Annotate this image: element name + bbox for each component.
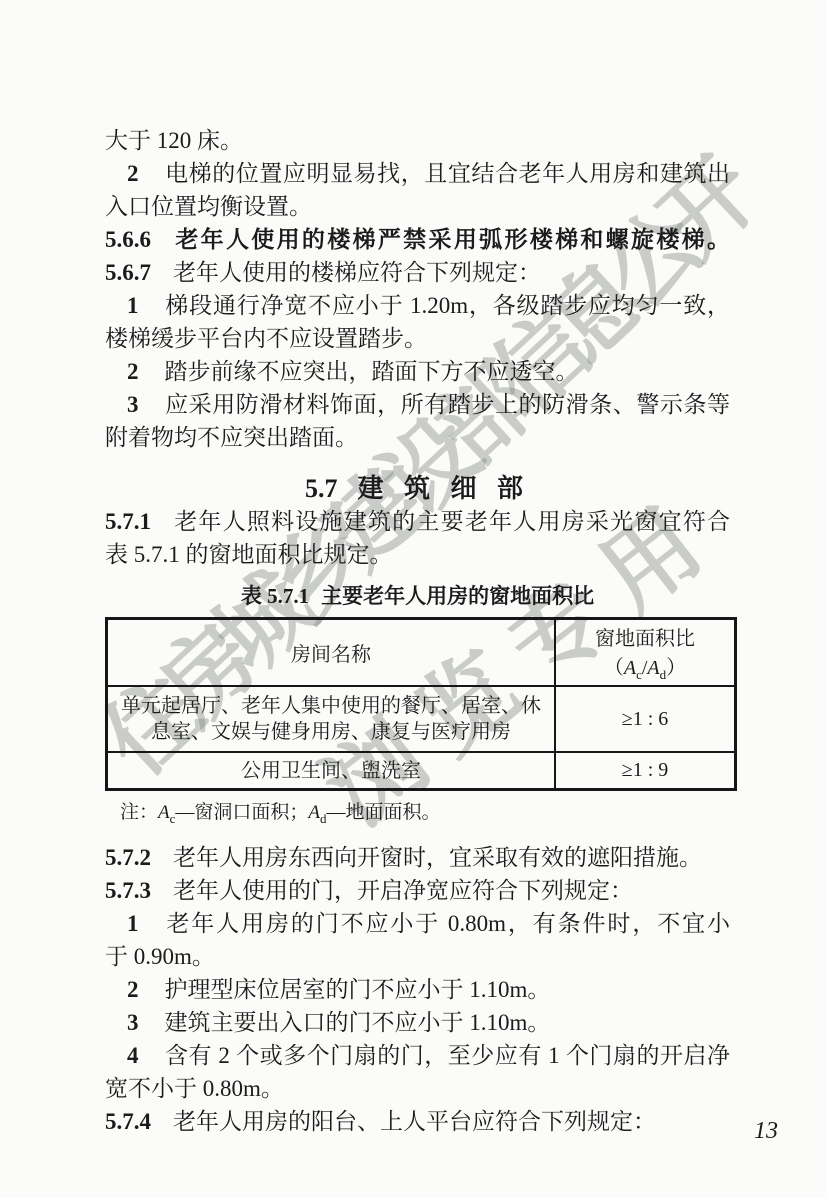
item-number: 4: [127, 1043, 139, 1068]
item-number: 3: [127, 1010, 139, 1035]
text: 老年人使用的楼梯应符合下列规定：: [173, 260, 541, 285]
list-item-line: 2护理型床位居室的门不应小于 1.10m。: [105, 973, 730, 1006]
room-names-cell: 单元起居厅、老年人集中使用的餐厅、居室、休息室、文娱与健身用房、康复与医疗用房: [107, 686, 556, 752]
text: 护理型床位居室的门不应小于 1.10m。: [165, 977, 551, 1002]
ratio-value-cell: ≥1 : 6: [555, 686, 736, 752]
clause-line: 5.6.7老年人使用的楼梯应符合下列规定：: [105, 256, 730, 289]
text: 入口位置均衡设置。: [105, 194, 312, 219]
item-number: 3: [127, 392, 139, 417]
clause-number: 5.6.7: [105, 260, 151, 285]
section-number: 5.7: [305, 474, 338, 503]
table-number: 表 5.7.1: [241, 584, 309, 608]
table-row: 单元起居厅、老年人集中使用的餐厅、居室、休息室、文娱与健身用房、康复与医疗用房 …: [107, 686, 736, 752]
text: 老年人照料设施建筑的主要老年人用房采光窗宜符合: [173, 509, 730, 534]
text-line: 宽不小于 0.80m。: [105, 1072, 730, 1105]
document-page: 住房城乡建设部信息公开 浏览专用 大于 120 床。 2电梯的位置应明显易找，且…: [0, 0, 827, 1198]
window-floor-ratio-table: 房间名称 窗地面积比（Ac/Ad） 单元起居厅、老年人集中使用的餐厅、居室、休息…: [105, 617, 737, 791]
table-note: 注：Ac—窗洞口面积；Ad—地面面积。: [120, 800, 730, 826]
text: 踏步前缘不应突出，踏面下方不应透空。: [165, 359, 579, 384]
text: 含有 2 个或多个门扇的门，至少应有 1 个门扇的开启净: [165, 1043, 731, 1068]
clause-number: 5.7.1: [105, 509, 151, 534]
list-item-line: 1老年人用房的门不应小于 0.80m，有条件时，不宜小: [105, 907, 730, 940]
text: 老年人用房的门不应小于 0.80m，有条件时，不宜小: [165, 911, 731, 936]
page-number: 13: [754, 1118, 778, 1145]
item-number: 2: [127, 359, 139, 384]
list-item-line: 4含有 2 个或多个门扇的门，至少应有 1 个门扇的开启净: [105, 1039, 730, 1072]
text-line: 大于 120 床。: [105, 124, 730, 157]
text-line: 入口位置均衡设置。: [105, 190, 730, 223]
text: 老年人使用的楼梯严禁采用弧形楼梯和螺旋楼梯。: [173, 227, 730, 252]
item-number: 1: [127, 293, 139, 318]
item-number: 1: [127, 911, 139, 936]
table-title: 主要老年人用房的窗地面积比: [321, 584, 594, 608]
text: 应采用防滑材料饰面，所有踏步上的防滑条、警示条等: [165, 392, 731, 417]
clause-number: 5.7.4: [105, 1109, 151, 1134]
page-content: 大于 120 床。 2电梯的位置应明显易找，且宜结合老年人用房和建筑出 入口位置…: [105, 0, 730, 1138]
text: 楼梯缓步平台内不应设置踏步。: [105, 326, 427, 351]
clause-number: 5.6.6: [105, 227, 151, 252]
list-item-line: 3应采用防滑材料饰面，所有踏步上的防滑条、警示条等: [105, 388, 730, 421]
text: 梯段通行净宽不应小于 1.20m，各级踏步应均匀一致，: [165, 293, 731, 318]
text: 表 5.7.1 的窗地面积比规定。: [105, 542, 393, 567]
section-title: 建 筑 细 部: [357, 474, 530, 503]
text: 大于 120 床。: [105, 128, 243, 153]
clause-number: 5.7.3: [105, 878, 151, 903]
clause-line: 5.7.4老年人用房的阳台、上人平台应符合下列规定：: [105, 1105, 730, 1138]
clause-line: 5.7.1老年人照料设施建筑的主要老年人用房采光窗宜符合: [105, 505, 730, 538]
item-number: 2: [127, 977, 139, 1002]
text-line: 表 5.7.1 的窗地面积比规定。: [105, 538, 730, 571]
variable-Ad: A: [647, 657, 659, 679]
room-names-cell: 公用卫生间、盥洗室: [107, 752, 556, 790]
text: 于 0.90m。: [105, 944, 215, 969]
room-name-header: 房间名称: [107, 619, 556, 687]
text: 老年人使用的门，开启净宽应符合下列规定：: [173, 878, 633, 903]
text: 宽不小于 0.80m。: [105, 1076, 284, 1101]
table-row: 公用卫生间、盥洗室 ≥1 : 9: [107, 752, 736, 790]
list-item-line: 2踏步前缘不应突出，踏面下方不应透空。: [105, 355, 730, 388]
variable-Ac: A: [158, 802, 170, 823]
section-heading: 5.7建 筑 细 部: [105, 472, 730, 505]
list-item-line: 3建筑主要出入口的门不应小于 1.10m。: [105, 1006, 730, 1039]
table-caption: 表 5.7.1主要老年人用房的窗地面积比: [105, 581, 730, 611]
ratio-value-cell: ≥1 : 9: [555, 752, 736, 790]
clause-line: 5.7.3老年人使用的门，开启净宽应符合下列规定：: [105, 874, 730, 907]
clause-number: 5.7.2: [105, 845, 151, 870]
text-line: 楼梯缓步平台内不应设置踏步。: [105, 322, 730, 355]
text: 建筑主要出入口的门不应小于 1.10m。: [165, 1010, 551, 1035]
clause-line: 5.7.2老年人用房东西向开窗时，宜采取有效的遮阳措施。: [105, 841, 730, 874]
text: 老年人用房的阳台、上人平台应符合下列规定：: [173, 1109, 656, 1134]
variable-Ad: A: [308, 802, 320, 823]
clause-line: 5.6.6老年人使用的楼梯严禁采用弧形楼梯和螺旋楼梯。: [105, 223, 730, 256]
text: 附着物均不应突出踏面。: [105, 425, 358, 450]
text: 老年人用房东西向开窗时，宜采取有效的遮阳措施。: [173, 845, 702, 870]
item-number: 2: [127, 161, 139, 186]
list-item-line: 1梯段通行净宽不应小于 1.20m，各级踏步应均匀一致，: [105, 289, 730, 322]
list-item-line: 2电梯的位置应明显易找，且宜结合老年人用房和建筑出: [105, 157, 730, 190]
text: 电梯的位置应明显易找，且宜结合老年人用房和建筑出: [165, 161, 731, 186]
text-line: 附着物均不应突出踏面。: [105, 421, 730, 454]
variable-Ac: A: [624, 657, 636, 679]
table-header-row: 房间名称 窗地面积比（Ac/Ad）: [107, 619, 736, 687]
text-line: 于 0.90m。: [105, 940, 730, 973]
ratio-header: 窗地面积比（Ac/Ad）: [555, 619, 736, 687]
